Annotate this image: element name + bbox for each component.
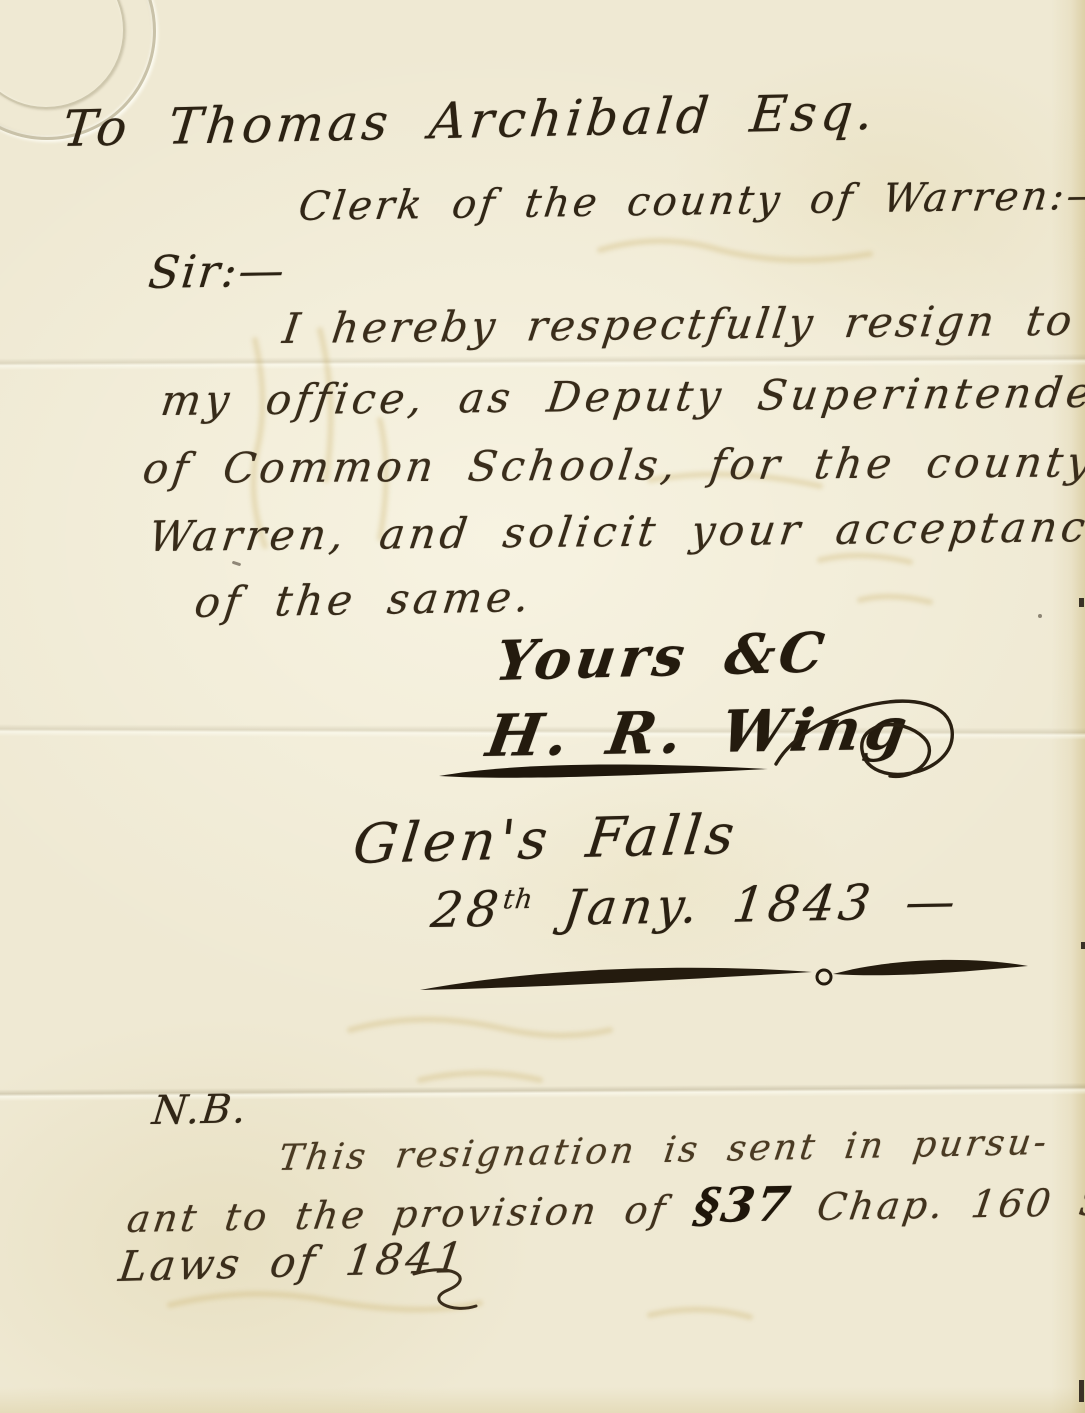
- date-underline: [416, 950, 1036, 998]
- paper-edge-mark: [1081, 942, 1085, 949]
- salutation-line: Sir:—: [146, 244, 289, 299]
- signature-line: H. R. Wing: [482, 695, 917, 770]
- paper-edge-mark: [1079, 1380, 1084, 1402]
- fold-crease-upper: [0, 354, 1085, 371]
- postscript-line-2-pre: ant to the provision of: [124, 1187, 697, 1241]
- body-line-4: Warren, and solicit your acceptance: [146, 502, 1085, 561]
- postscript-label: N.B.: [150, 1086, 250, 1134]
- date-day: 28: [428, 881, 506, 939]
- body-line-1: I hereby respectfully resign to you: [280, 295, 1085, 353]
- body-line-3: of Common Schools, for the county of: [140, 437, 1085, 493]
- addressee-title-line: Clerk of the county of Warren:—: [296, 173, 1085, 230]
- postscript-line-3: Laws of 1841: [116, 1233, 469, 1291]
- addressee-line: To Thomas Archibald Esq.: [60, 83, 880, 158]
- body-line-2: my office, as Deputy Superintendent: [158, 367, 1085, 425]
- body-line-5: of the same.: [192, 572, 536, 627]
- date-ordinal: th: [501, 884, 535, 916]
- date-rest: Jany. 1843 —: [529, 873, 963, 937]
- dust-speck: [1038, 614, 1042, 618]
- closing-line: Yours &C: [492, 619, 832, 693]
- postscript-line-2: ant to the provision of §37 Chap. 160 Se…: [124, 1169, 1085, 1244]
- dust-speck: [232, 561, 241, 567]
- postscript-line-1: This resignation is sent in pursu-: [276, 1122, 1052, 1179]
- postscript-line-2-post: Chap. 160 Sess.: [788, 1178, 1085, 1229]
- place-line: Glen's Falls: [350, 802, 742, 876]
- paper-edge-mark: [1079, 598, 1084, 607]
- statute-reference: §37: [691, 1176, 796, 1234]
- date-line: 28th Jany. 1843 —: [428, 873, 962, 939]
- embossed-seal-inner-ring: [0, 0, 125, 109]
- letter-page: To Thomas Archibald Esq. Clerk of the co…: [0, 0, 1085, 1413]
